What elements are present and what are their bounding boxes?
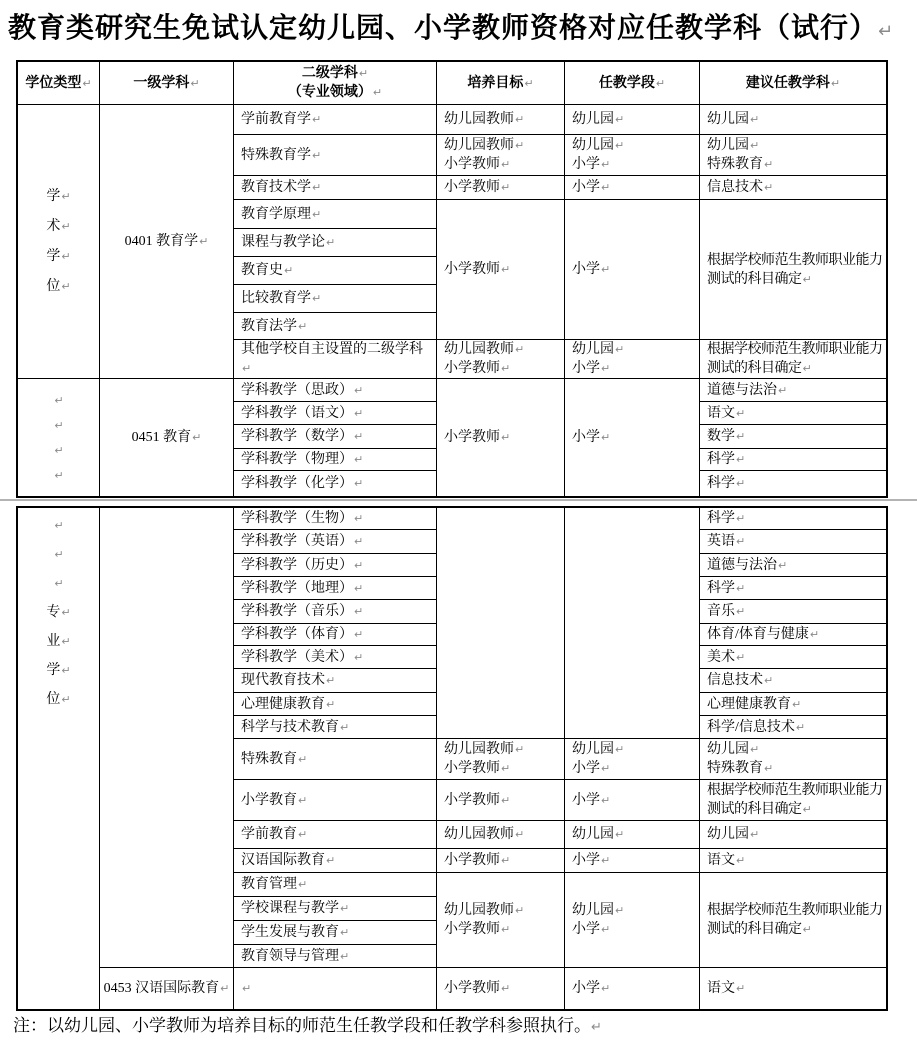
cell-text: 幼儿园 (572, 138, 614, 153)
cell-text: 幼儿园教师 (444, 342, 514, 357)
paragraph-mark: ↵ (61, 693, 70, 706)
document-title: 教育类研究生免试认定幼儿园、小学教师资格对应任教学科（试行）↵ (8, 6, 893, 46)
suggested-subject: 美术↵ (700, 646, 886, 669)
training-objective: 幼儿园教师↵小学教师↵ (437, 873, 565, 968)
paragraph-mark: ↵ (354, 582, 363, 595)
paragraph-mark: ↵ (591, 1020, 602, 1035)
paragraph-mark: ↵ (54, 577, 63, 590)
paragraph-mark: ↵ (354, 430, 363, 443)
paragraph-mark: ↵ (54, 548, 63, 561)
paragraph-mark: ↵ (736, 407, 745, 420)
cell-text: 学科教学（语文） (241, 406, 353, 421)
teaching-stage-continued (565, 508, 700, 739)
paragraph-mark: ↵ (764, 158, 773, 171)
cell-text: 小学教师 (444, 361, 500, 376)
first-level-discipline: 0453 汉语国际教育↵ (100, 968, 234, 1009)
paragraph-mark: ↵ (61, 635, 70, 648)
second-level-discipline: 学科教学（语文）↵ (234, 402, 437, 425)
cell-text: 术 (46, 219, 60, 234)
second-level-discipline: 学科教学（地理）↵ (234, 577, 437, 600)
cell-text: 0453 汉语国际教育 (104, 981, 220, 996)
paragraph-mark: ↵ (354, 628, 363, 641)
cell-text: 测试的科目确定 (707, 802, 802, 817)
cell-text: 0401 教育学 (125, 234, 199, 249)
paragraph-mark: ↵ (601, 854, 610, 867)
second-level-discipline: 科学与技术教育↵ (234, 716, 437, 739)
paragraph-mark: ↵ (736, 582, 745, 595)
teaching-stage: 幼儿园↵小学↵ (565, 873, 700, 968)
cell-text: 汉语国际教育 (241, 853, 325, 868)
suggested-subject: 道德与法治↵ (700, 379, 886, 402)
cell-text: 根据学校师范生教师职业能力 (707, 342, 883, 357)
paragraph-mark: ↵ (601, 762, 610, 775)
cell-text: 语文 (707, 406, 735, 421)
paragraph-mark: ↵ (340, 721, 349, 734)
cell-text: 小学教育 (241, 793, 297, 808)
suggested-subject: 幼儿园↵ (700, 105, 886, 135)
degree-type-empty-paragraphs: ↵↵↵↵ (18, 379, 100, 496)
paragraph-mark: ↵ (501, 158, 510, 171)
paragraph-mark: ↵ (326, 854, 335, 867)
suggested-subject: 根据学校师范生教师职业能力测试的科目确定↵ (700, 873, 886, 968)
cell-text: 英语 (707, 534, 735, 549)
paragraph-mark: ↵ (803, 362, 812, 375)
paragraph-mark: ↵ (501, 854, 510, 867)
teaching-stage: 幼儿园↵小学↵ (565, 340, 700, 379)
cell-text: 学 (46, 189, 60, 204)
cell-text: 幼儿园 (707, 112, 749, 127)
cell-text: 小学教师 (444, 793, 500, 808)
paragraph-mark: ↵ (601, 794, 610, 807)
paragraph-mark: ↵ (601, 982, 610, 995)
paragraph-mark: ↵ (61, 280, 70, 293)
paragraph-mark: ↵ (831, 77, 840, 90)
paragraph-mark: ↵ (242, 982, 251, 995)
cell-text: 学科教学（思政） (241, 383, 353, 398)
second-level-discipline: 学科教学（物理）↵ (234, 449, 437, 471)
suggested-subject: 语文↵ (700, 849, 886, 873)
cell-text: 学科教学（历史） (241, 558, 353, 573)
second-level-discipline: 学生发展与教育↵ (234, 921, 437, 945)
paragraph-mark: ↵ (601, 431, 610, 444)
paragraph-mark: ↵ (192, 431, 201, 444)
second-level-discipline: 现代教育技术↵ (234, 669, 437, 693)
paragraph-mark: ↵ (354, 535, 363, 548)
suggested-subject: 道德与法治↵ (700, 554, 886, 577)
cell-text: 信息技术 (707, 673, 763, 688)
cell-text: 科学 (707, 511, 735, 526)
cell-text: 教育领导与管理 (241, 949, 339, 964)
second-level-discipline: 教育史↵ (234, 257, 437, 285)
cell-text: 0451 教育 (132, 430, 192, 445)
training-objective: 小学教师↵ (437, 379, 565, 496)
paragraph-mark: ↵ (803, 273, 812, 286)
second-level-discipline: 心理健康教育↵ (234, 693, 437, 716)
paragraph-mark: ↵ (61, 220, 70, 233)
cell-text: 建议任教学科 (746, 76, 830, 91)
second-level-discipline: 学校课程与教学↵ (234, 897, 437, 921)
cell-text: 幼儿园教师 (444, 112, 514, 127)
paragraph-mark: ↵ (54, 469, 63, 482)
paragraph-mark: ↵ (501, 263, 510, 276)
cell-text: 二级学科 (302, 66, 358, 81)
footnote: 注：以幼儿园、小学教师为培养目标的师范生任教学段和任教学科参照执行。↵ (13, 1011, 602, 1036)
paragraph-mark: ↵ (340, 902, 349, 915)
footnote-text: 注：以幼儿园、小学教师为培养目标的师范生任教学段和任教学科参照执行。 (13, 1016, 591, 1035)
second-level-discipline: 学前教育↵ (234, 821, 437, 849)
header-teaching-stage: 任教学段↵ (565, 62, 700, 105)
suggested-subject: 心理健康教育↵ (700, 693, 886, 716)
paragraph-mark: ↵ (615, 904, 624, 917)
second-level-discipline-empty: ↵ (234, 968, 437, 1009)
cell-text: 幼儿园 (707, 827, 749, 842)
paragraph-mark: ↵ (61, 190, 70, 203)
teaching-stage: 小学↵ (565, 968, 700, 1009)
teaching-stage: 幼儿园↵ (565, 105, 700, 135)
suggested-subject: 信息技术↵ (700, 669, 886, 693)
suggested-subject: 幼儿园↵特殊教育↵ (700, 739, 886, 780)
paragraph-mark: ↵ (515, 113, 524, 126)
paragraph-mark: ↵ (803, 923, 812, 936)
paragraph-mark: ↵ (878, 21, 893, 42)
paragraph-mark: ↵ (354, 512, 363, 525)
cell-text: 其他学校自主设置的二级学科 (241, 342, 423, 357)
first-level-discipline: 0401 教育学↵ (100, 105, 234, 379)
teaching-stage: 小学↵ (565, 176, 700, 200)
cell-text: 小学 (572, 922, 600, 937)
paragraph-mark: ↵ (736, 535, 745, 548)
cell-text: 教育管理 (241, 877, 297, 892)
training-objective: 幼儿园教师↵小学教师↵ (437, 340, 565, 379)
cell-text: 幼儿园 (572, 342, 614, 357)
suggested-subject: 幼儿园↵ (700, 821, 886, 849)
cell-text: 信息技术 (707, 180, 763, 195)
paragraph-mark: ↵ (298, 753, 307, 766)
cell-text: 语文 (707, 981, 735, 996)
suggested-subject: 语文↵ (700, 402, 886, 425)
training-objective-continued (437, 508, 565, 739)
paragraph-mark: ↵ (736, 453, 745, 466)
paragraph-mark: ↵ (515, 343, 524, 356)
paragraph-mark: ↵ (736, 651, 745, 664)
cell-text: 小学教师 (444, 180, 500, 195)
suggested-subject: 科学↵ (700, 577, 886, 600)
cell-text: 学科教学（物理） (241, 452, 353, 467)
paragraph-mark: ↵ (61, 250, 70, 263)
cell-text: 培养目标 (467, 76, 523, 91)
suggested-subject: 科学↵ (700, 471, 886, 496)
second-level-discipline: 学科教学（体育）↵ (234, 624, 437, 646)
teaching-stage: 小学↵ (565, 200, 700, 340)
cell-text: 学位类型 (25, 76, 81, 91)
second-level-discipline: 比较教育学↵ (234, 285, 437, 313)
document-page: 教育类研究生免试认定幼儿园、小学教师资格对应任教学科（试行）↵ 学位类型↵一级学… (0, 0, 917, 1043)
paragraph-mark: ↵ (354, 384, 363, 397)
second-level-discipline: 教育学原理↵ (234, 200, 437, 229)
paragraph-mark: ↵ (750, 743, 759, 756)
suggested-subject: 根据学校师范生教师职业能力测试的科目确定↵ (700, 200, 886, 340)
table-page-2: ↵↵↵专↵业↵学↵位↵0453 汉语国际教育↵学科教学（生物）↵学科教学（英语）… (16, 506, 888, 1011)
degree-type-academic: 学↵术↵学↵位↵ (18, 105, 100, 379)
paragraph-mark: ↵ (312, 292, 321, 305)
paragraph-mark: ↵ (736, 430, 745, 443)
training-objective: 幼儿园教师↵ (437, 105, 565, 135)
cell-text: 业 (46, 634, 60, 649)
cell-text: 任教学段 (599, 76, 655, 91)
cell-text: 小学 (572, 981, 600, 996)
cell-text: 小学教师 (444, 262, 500, 277)
suggested-subject: 科学↵ (700, 449, 886, 471)
cell-text: 科学 (707, 476, 735, 491)
paragraph-mark: ↵ (242, 362, 251, 375)
paragraph-mark: ↵ (312, 181, 321, 194)
cell-text: 数学 (707, 429, 735, 444)
degree-type-professional: ↵↵↵专↵业↵学↵位↵ (18, 508, 100, 1009)
paragraph-mark: ↵ (312, 113, 321, 126)
cell-text: 根据学校师范生教师职业能力 (707, 903, 883, 918)
paragraph-mark: ↵ (326, 674, 335, 687)
page-break-line (0, 499, 917, 501)
paragraph-mark: ↵ (515, 139, 524, 152)
paragraph-mark: ↵ (298, 320, 307, 333)
suggested-subject: 英语↵ (700, 530, 886, 554)
training-objective: 小学教师↵ (437, 200, 565, 340)
cell-text: 幼儿园教师 (444, 903, 514, 918)
cell-text: 教育史 (241, 263, 283, 278)
paragraph-mark: ↵ (298, 828, 307, 841)
suggested-subject: 音乐↵ (700, 600, 886, 624)
paragraph-mark: ↵ (750, 113, 759, 126)
paragraph-mark: ↵ (354, 605, 363, 618)
cell-text: 体育/体育与健康 (707, 627, 809, 642)
training-objective: 幼儿园教师↵ (437, 821, 565, 849)
cell-text: 小学 (572, 262, 600, 277)
teaching-stage: 小学↵ (565, 849, 700, 873)
cell-text: 科学与技术教育 (241, 720, 339, 735)
cell-text: 课程与教学论 (241, 235, 325, 250)
teaching-stage: 幼儿园↵小学↵ (565, 135, 700, 176)
cell-text: 测试的科目确定 (707, 361, 802, 376)
cell-text: 学科教学（数学） (241, 429, 353, 444)
paragraph-mark: ↵ (778, 559, 787, 572)
first-level-discipline-continued (100, 508, 234, 968)
cell-text: 学科教学（美术） (241, 650, 353, 665)
cell-text: 小学教师 (444, 922, 500, 937)
training-objective: 幼儿园教师↵小学教师↵ (437, 739, 565, 780)
cell-text: 幼儿园教师 (444, 827, 514, 842)
paragraph-mark: ↵ (601, 923, 610, 936)
cell-text: 小学教师 (444, 430, 500, 445)
suggested-subject: 科学↵ (700, 508, 886, 530)
second-level-discipline: 学科教学（思政）↵ (234, 379, 437, 402)
suggested-subject: 幼儿园↵特殊教育↵ (700, 135, 886, 176)
cell-text: 小学教师 (444, 853, 500, 868)
suggested-subject: 体育/体育与健康↵ (700, 624, 886, 646)
paragraph-mark: ↵ (354, 559, 363, 572)
paragraph-mark: ↵ (764, 674, 773, 687)
cell-text: 小学教师 (444, 761, 500, 776)
paragraph-mark: ↵ (615, 828, 624, 841)
paragraph-mark: ↵ (796, 721, 805, 734)
paragraph-mark: ↵ (312, 208, 321, 221)
cell-text: 学科教学（英语） (241, 534, 353, 549)
cell-text: （专业领域） (288, 85, 372, 100)
header-first-level-discipline: 一级学科↵ (100, 62, 234, 105)
paragraph-mark: ↵ (810, 628, 819, 641)
second-level-discipline: 其他学校自主设置的二级学科↵ (234, 340, 437, 379)
paragraph-mark: ↵ (615, 113, 624, 126)
paragraph-mark: ↵ (803, 803, 812, 816)
cell-text: 小学 (572, 430, 600, 445)
cell-text: 小学 (572, 361, 600, 376)
teaching-stage: 小学↵ (565, 780, 700, 821)
second-level-discipline: 课程与教学论↵ (234, 229, 437, 257)
paragraph-mark: ↵ (354, 453, 363, 466)
paragraph-mark: ↵ (764, 762, 773, 775)
cell-text: 科学 (707, 452, 735, 467)
cell-text: 小学 (572, 180, 600, 195)
cell-text: 教育学原理 (241, 207, 311, 222)
cell-text: 幼儿园 (707, 138, 749, 153)
suggested-subject: 信息技术↵ (700, 176, 886, 200)
paragraph-mark: ↵ (615, 343, 624, 356)
cell-text: 学科教学（地理） (241, 581, 353, 596)
paragraph-mark: ↵ (736, 854, 745, 867)
header-degree-type: 学位类型↵ (18, 62, 100, 105)
paragraph-mark: ↵ (373, 86, 382, 99)
first-level-discipline: 0451 教育↵ (100, 379, 234, 496)
cell-text: 教育法学 (241, 319, 297, 334)
cell-text: 学 (46, 663, 60, 678)
paragraph-mark: ↵ (501, 431, 510, 444)
teaching-stage: 幼儿园↵ (565, 821, 700, 849)
paragraph-mark: ↵ (298, 878, 307, 891)
paragraph-mark: ↵ (601, 181, 610, 194)
paragraph-mark: ↵ (298, 794, 307, 807)
suggested-subject: 数学↵ (700, 425, 886, 449)
cell-text: 科学 (707, 581, 735, 596)
paragraph-mark: ↵ (340, 926, 349, 939)
training-objective: 小学教师↵ (437, 968, 565, 1009)
second-level-discipline: 汉语国际教育↵ (234, 849, 437, 873)
cell-text: 小学 (572, 793, 600, 808)
paragraph-mark: ↵ (326, 698, 335, 711)
second-level-discipline: 学科教学（历史）↵ (234, 554, 437, 577)
paragraph-mark: ↵ (736, 512, 745, 525)
cell-text: 幼儿园 (572, 903, 614, 918)
cell-text: 位 (46, 279, 60, 294)
cell-text: 幼儿园教师 (444, 742, 514, 757)
paragraph-mark: ↵ (354, 407, 363, 420)
second-level-discipline: 学科教学（数学）↵ (234, 425, 437, 449)
cell-text: 小学 (572, 157, 600, 172)
paragraph-mark: ↵ (764, 181, 773, 194)
cell-text: 根据学校师范生教师职业能力 (707, 783, 883, 798)
cell-text: 教育技术学 (241, 180, 311, 195)
paragraph-mark: ↵ (601, 263, 610, 276)
paragraph-mark: ↵ (284, 264, 293, 277)
teaching-stage: 小学↵ (565, 379, 700, 496)
paragraph-mark: ↵ (220, 982, 229, 995)
paragraph-mark: ↵ (792, 698, 801, 711)
cell-text: 美术 (707, 650, 735, 665)
paragraph-mark: ↵ (61, 606, 70, 619)
second-level-discipline: 学科教学（音乐）↵ (234, 600, 437, 624)
suggested-subject: 语文↵ (700, 968, 886, 1009)
cell-text: 特殊教育 (707, 157, 763, 172)
paragraph-mark: ↵ (601, 158, 610, 171)
paragraph-mark: ↵ (199, 235, 208, 248)
cell-text: 学科教学（化学） (241, 476, 353, 491)
cell-text: 现代教育技术 (241, 673, 325, 688)
cell-text: 学科教学（音乐） (241, 604, 353, 619)
cell-text: 根据学校师范生教师职业能力 (707, 253, 883, 268)
paragraph-mark: ↵ (524, 77, 533, 90)
cell-text: 学 (46, 249, 60, 264)
paragraph-mark: ↵ (736, 605, 745, 618)
cell-text: 语文 (707, 853, 735, 868)
table-page-1: 学位类型↵一级学科↵二级学科↵（专业领域）↵培养目标↵任教学段↵建议任教学科↵学… (16, 60, 888, 498)
cell-text: 道德与法治 (707, 558, 777, 573)
cell-text: 测试的科目确定 (707, 922, 802, 937)
paragraph-mark: ↵ (515, 904, 524, 917)
paragraph-mark: ↵ (601, 362, 610, 375)
paragraph-mark: ↵ (82, 77, 91, 90)
paragraph-mark: ↵ (359, 67, 368, 80)
paragraph-mark: ↵ (615, 743, 624, 756)
header-second-level-discipline: 二级学科↵（专业领域）↵ (234, 62, 437, 105)
training-objective: 幼儿园教师↵小学教师↵ (437, 135, 565, 176)
cell-text: 幼儿园教师 (444, 138, 514, 153)
cell-text: 科学/信息技术 (707, 720, 795, 735)
cell-text: 特殊教育学 (241, 148, 311, 163)
paragraph-mark: ↵ (354, 651, 363, 664)
cell-text: 位 (46, 692, 60, 707)
paragraph-mark: ↵ (340, 950, 349, 963)
cell-text: 特殊教育 (707, 761, 763, 776)
paragraph-mark: ↵ (354, 477, 363, 490)
paragraph-mark: ↵ (501, 181, 510, 194)
document-title-text: 教育类研究生免试认定幼儿园、小学教师资格对应任教学科（试行） (8, 11, 878, 44)
second-level-discipline: 学科教学（生物）↵ (234, 508, 437, 530)
suggested-subject: 科学/信息技术↵ (700, 716, 886, 739)
cell-text: 学科教学（体育） (241, 627, 353, 642)
paragraph-mark: ↵ (501, 794, 510, 807)
paragraph-mark: ↵ (54, 519, 63, 532)
cell-text: 幼儿园 (707, 742, 749, 757)
second-level-discipline: 学科教学（英语）↵ (234, 530, 437, 554)
cell-text: 一级学科 (133, 76, 189, 91)
paragraph-mark: ↵ (736, 982, 745, 995)
second-level-discipline: 小学教育↵ (234, 780, 437, 821)
cell-text: 小学教师 (444, 157, 500, 172)
cell-text: 心理健康教育 (707, 697, 791, 712)
cell-text: 小学教师 (444, 981, 500, 996)
paragraph-mark: ↵ (515, 743, 524, 756)
paragraph-mark: ↵ (778, 384, 787, 397)
cell-text: 幼儿园 (572, 827, 614, 842)
second-level-discipline: 学前教育学↵ (234, 105, 437, 135)
cell-text: 学前教育 (241, 827, 297, 842)
paragraph-mark: ↵ (54, 419, 63, 432)
second-level-discipline: 学科教学（美术）↵ (234, 646, 437, 669)
paragraph-mark: ↵ (501, 982, 510, 995)
suggested-subject: 根据学校师范生教师职业能力测试的科目确定↵ (700, 340, 886, 379)
training-objective: 小学教师↵ (437, 780, 565, 821)
paragraph-mark: ↵ (750, 828, 759, 841)
paragraph-mark: ↵ (501, 762, 510, 775)
cell-text: 幼儿园 (572, 742, 614, 757)
